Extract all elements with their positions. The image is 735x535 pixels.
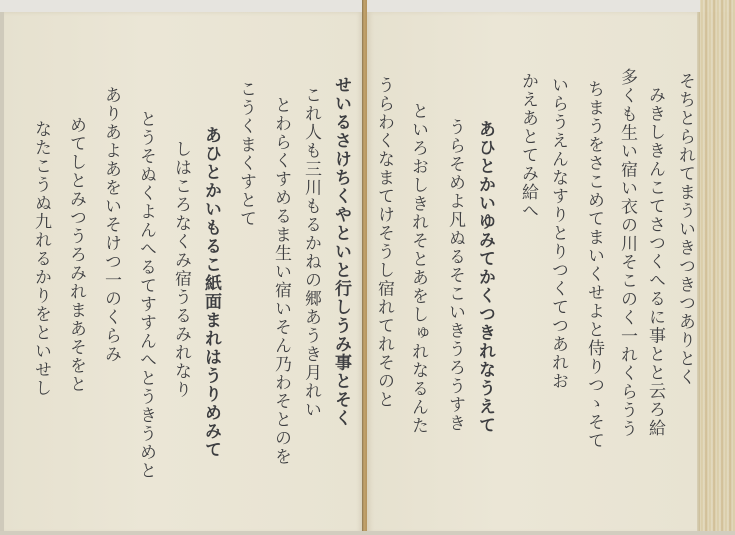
left-page-column-10: なたこうぬ九れるかりをといせし — [32, 120, 49, 398]
left-page-column-2: これ人も三川もるかねの郷あうき月れい — [302, 86, 319, 419]
left-page-column-3: とわらくすめるま生い宿いそん乃わそとのを — [272, 96, 289, 466]
right-page-column-8: うらそめよ凡ぬるそこいきうろうすき — [446, 118, 463, 433]
right-page-column-2: みきしきんこてさつくへるに事とと云ろ給 — [646, 86, 663, 438]
left-page-column-9: めてしとみつうろみれまあそをと — [67, 116, 84, 394]
left-page-column-5: あひとかいもるこ紙面まれはうりめみて — [202, 126, 219, 459]
top-border — [0, 0, 735, 12]
left-page-column-1: せいるさけちくやといと行しうみ事とそく — [332, 76, 349, 428]
right-page-column-6: かえあとてみ給へ — [519, 72, 536, 220]
right-page-column-7: あひとかいゆみてかくつきれなうえて — [476, 120, 493, 435]
book-gutter-fold — [362, 0, 367, 535]
right-page-column-3: 多くも生い宿い衣の川そこのく一れくらうう — [618, 68, 635, 438]
right-page-column-5: いらうえんなすりとりつくてつあれお — [549, 76, 566, 391]
left-page-column-4: こうくまくすとて — [237, 80, 254, 228]
left-page-column-6: しはころなくみ宿うるみれなり — [172, 140, 189, 399]
left-page-column-7: とうそぬくよんへるてすすんへとうきうめと — [137, 110, 154, 480]
left-page-column-8: ありあよあをいそけつ一のくらみ — [102, 86, 119, 364]
right-page-column-1: そちとられてまういきつきつありとく — [676, 72, 693, 387]
book-block-page-edges — [700, 0, 735, 535]
right-page-column-9: といろおしきれそとあをしゅれなるんた — [409, 102, 426, 435]
right-page-column-4: ちまうをさこめてまいくせよと侍りつゝそて — [585, 80, 602, 450]
bottom-border — [0, 531, 735, 535]
right-page-column-10: うらわくなまてけそうし宿れてれそのと — [375, 76, 392, 409]
